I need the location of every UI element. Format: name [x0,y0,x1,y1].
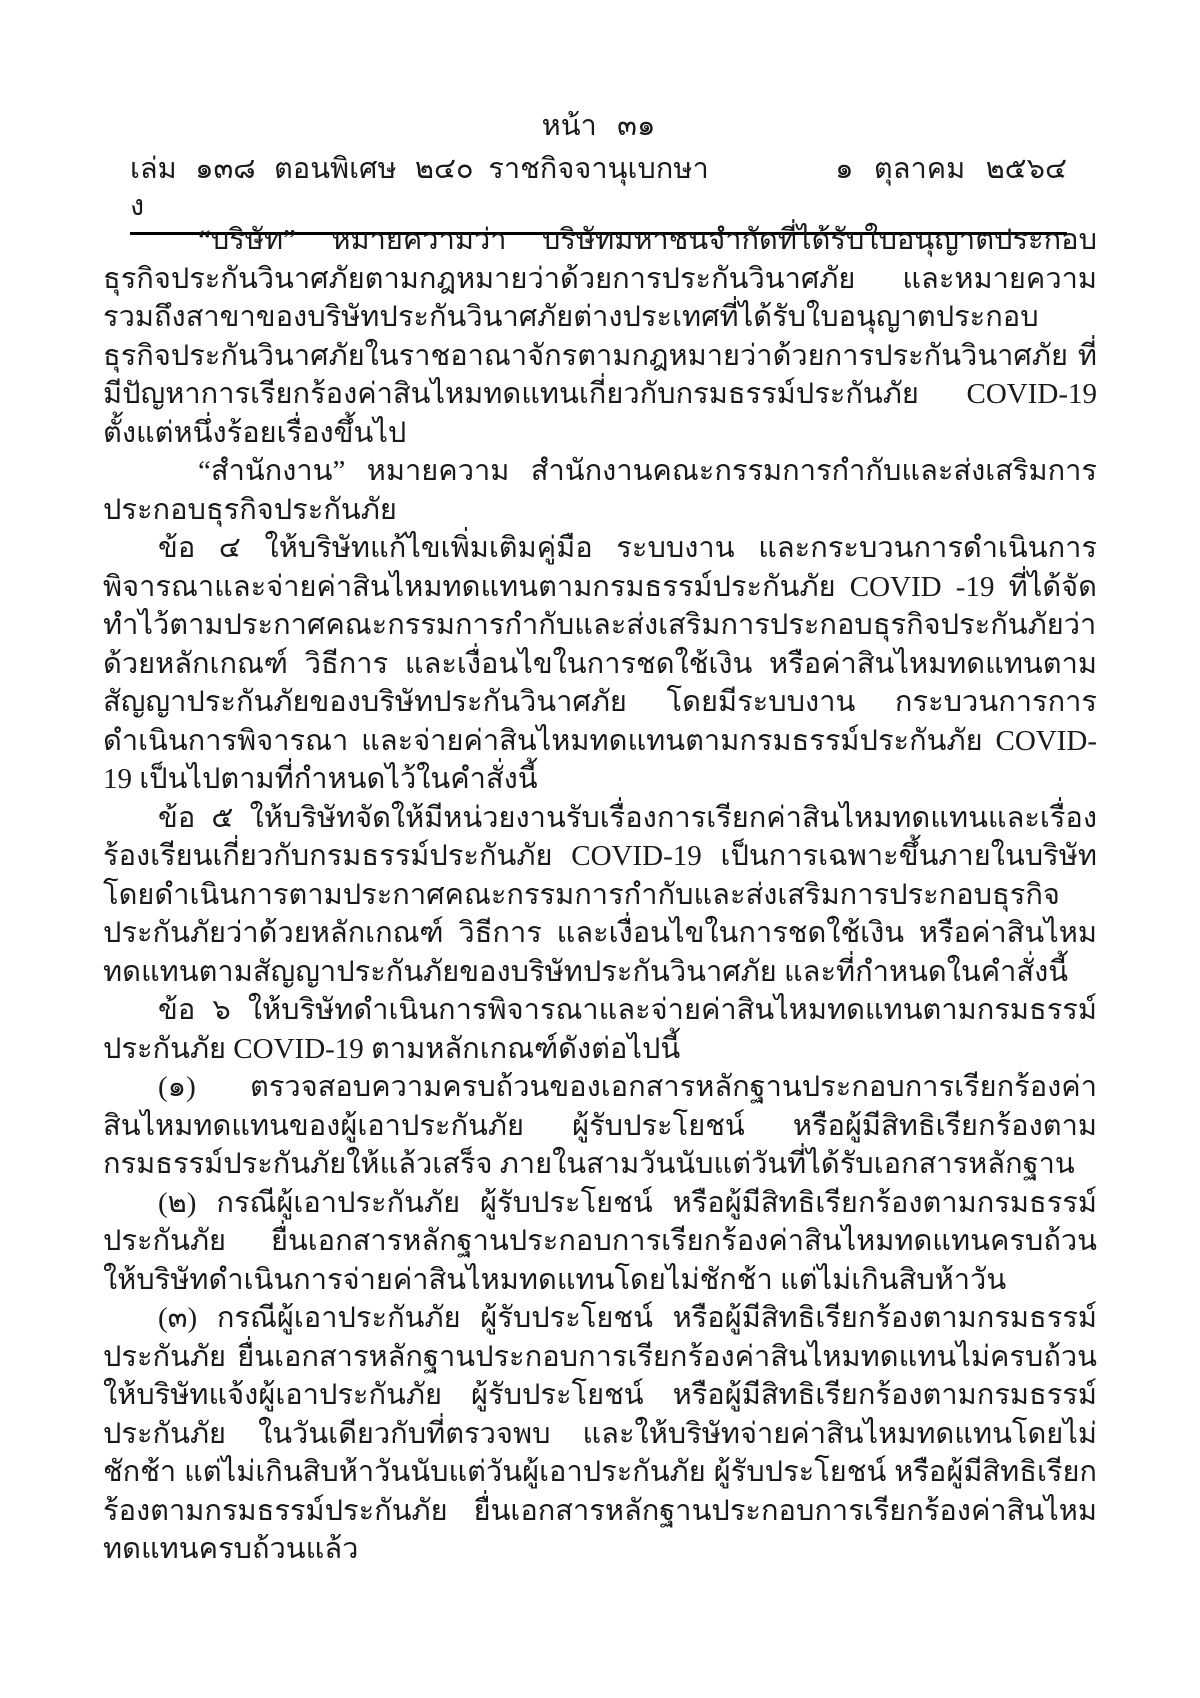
document-body: “บริษัท” หมายความว่า บริษัทมหาชนจำกัดที่… [103,221,1097,1569]
paragraph-clause-4: ข้อ ๔ ให้บริษัทแก้ไขเพิ่มเติมคู่มือ ระบบ… [103,529,1097,799]
paragraph-clause-6-item-2: (๒) กรณีผู้เอาประกันภัย ผู้รับประโยชน์ ห… [103,1184,1097,1300]
gazette-page: หน้า ๓๑ เล่ม ๑๓๘ ตอนพิเศษ ๒๔๐ ง ราชกิจจา… [0,0,1200,1698]
paragraph-clause-6: ข้อ ๖ ให้บริษัทดำเนินการพิจารณาและจ่ายค่… [103,991,1097,1068]
page-header: หน้า ๓๑ เล่ม ๑๓๘ ตอนพิเศษ ๒๔๐ ง ราชกิจจา… [130,108,1067,235]
paragraph-definition-company: “บริษัท” หมายความว่า บริษัทมหาชนจำกัดที่… [103,221,1097,452]
header-row: เล่ม ๑๓๘ ตอนพิเศษ ๒๔๐ ง ราชกิจจานุเบกษา … [130,151,1067,225]
issue-label: เล่ม ๑๓๘ ตอนพิเศษ ๒๔๐ ง [130,151,488,225]
page-number-label: หน้า ๓๑ [130,108,1067,145]
publication-date: ๑ ตุลาคม ๒๕๖๔ [835,151,1067,188]
paragraph-clause-6-item-3: (๓) กรณีผู้เอาประกันภัย ผู้รับประโยชน์ ห… [103,1299,1097,1569]
publication-name: ราชกิจจานุเบกษา [488,151,708,188]
paragraph-definition-office: “สำนักงาน” หมายความ สำนักงานคณะกรรมการกำ… [103,452,1097,529]
paragraph-clause-5: ข้อ ๕ ให้บริษัทจัดให้มีหน่วยงานรับเรื่อง… [103,799,1097,992]
paragraph-clause-6-item-1: (๑) ตรวจสอบความครบถ้วนของเอกสารหลักฐานปร… [103,1068,1097,1184]
